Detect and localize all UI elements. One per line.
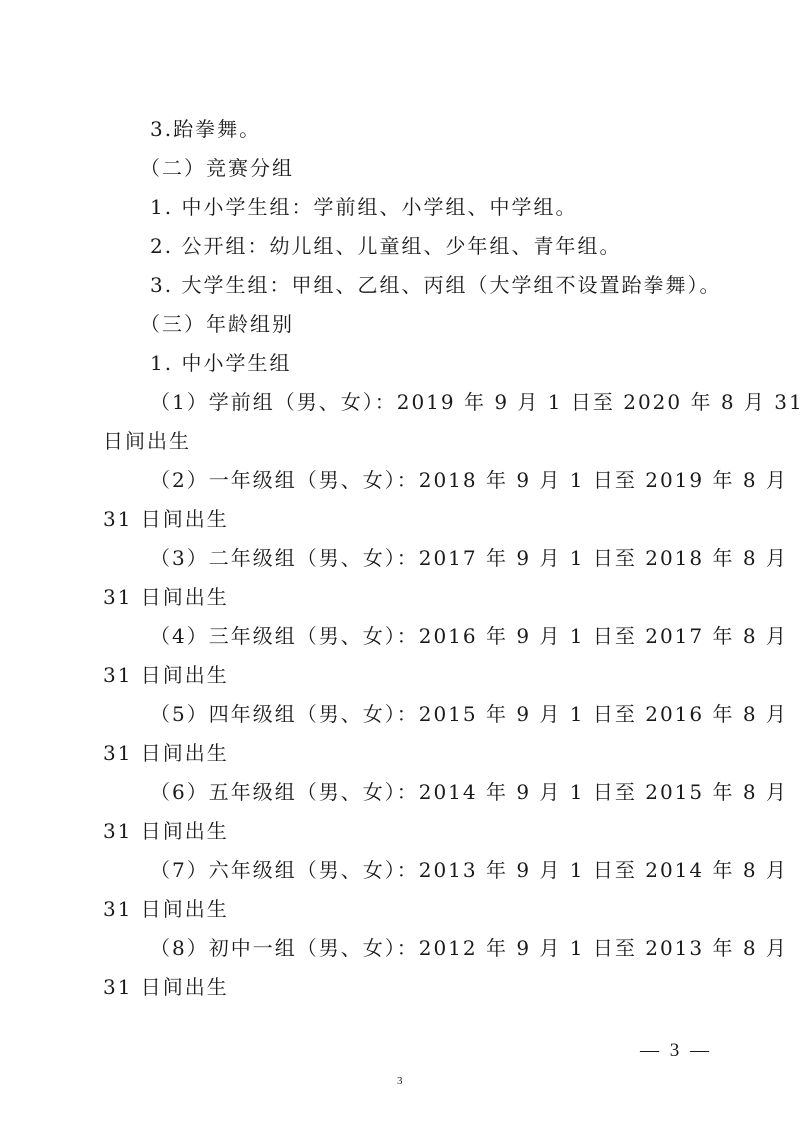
text-line: 31 日间出生	[103, 741, 703, 765]
text-line: （二）竞赛分组	[140, 156, 740, 180]
text-line: （8）初中一组（男、女）：2012 年 9 月 1 日至 2013 年 8 月	[150, 936, 750, 960]
text-line: 2. 公开组：幼儿组、儿童组、少年组、青年组。	[150, 234, 750, 258]
text-line: （1）学前组（男、女）：2019 年 9 月 1 日至 2020 年 8 月 3…	[150, 390, 750, 414]
text-line: 31 日间出生	[103, 897, 703, 921]
text-line: 31 日间出生	[103, 663, 703, 687]
text-line: 31 日间出生	[103, 975, 703, 999]
text-line: （7）六年级组（男、女）：2013 年 9 月 1 日至 2014 年 8 月	[150, 858, 750, 882]
text-line: （4）三年级组（男、女）：2016 年 9 月 1 日至 2017 年 8 月	[150, 624, 750, 648]
text-line: 日间出生	[103, 429, 703, 453]
text-line: 3.跆拳舞。	[150, 117, 750, 141]
document-page: 3.跆拳舞。（二）竞赛分组1. 中小学生组：学前组、小学组、中学组。2. 公开组…	[0, 0, 800, 1131]
footer-page-number: — 3 —	[640, 1040, 712, 1062]
text-line: 31 日间出生	[103, 819, 703, 843]
page-index: 3	[397, 1075, 403, 1087]
text-line: （2）一年级组（男、女）：2018 年 9 月 1 日至 2019 年 8 月	[150, 468, 750, 492]
text-line: 31 日间出生	[103, 507, 703, 531]
text-line: 1. 中小学生组	[150, 351, 750, 375]
text-line: （三）年龄组别	[140, 312, 740, 336]
text-line: （6）五年级组（男、女）：2014 年 9 月 1 日至 2015 年 8 月	[150, 780, 750, 804]
text-line: （3）二年级组（男、女）：2017 年 9 月 1 日至 2018 年 8 月	[150, 546, 750, 570]
text-line: 3. 大学生组：甲组、乙组、丙组（大学组不设置跆拳舞）。	[150, 273, 750, 297]
text-line: （5）四年级组（男、女）：2015 年 9 月 1 日至 2016 年 8 月	[150, 702, 750, 726]
text-line: 1. 中小学生组：学前组、小学组、中学组。	[150, 195, 750, 219]
text-line: 31 日间出生	[103, 585, 703, 609]
